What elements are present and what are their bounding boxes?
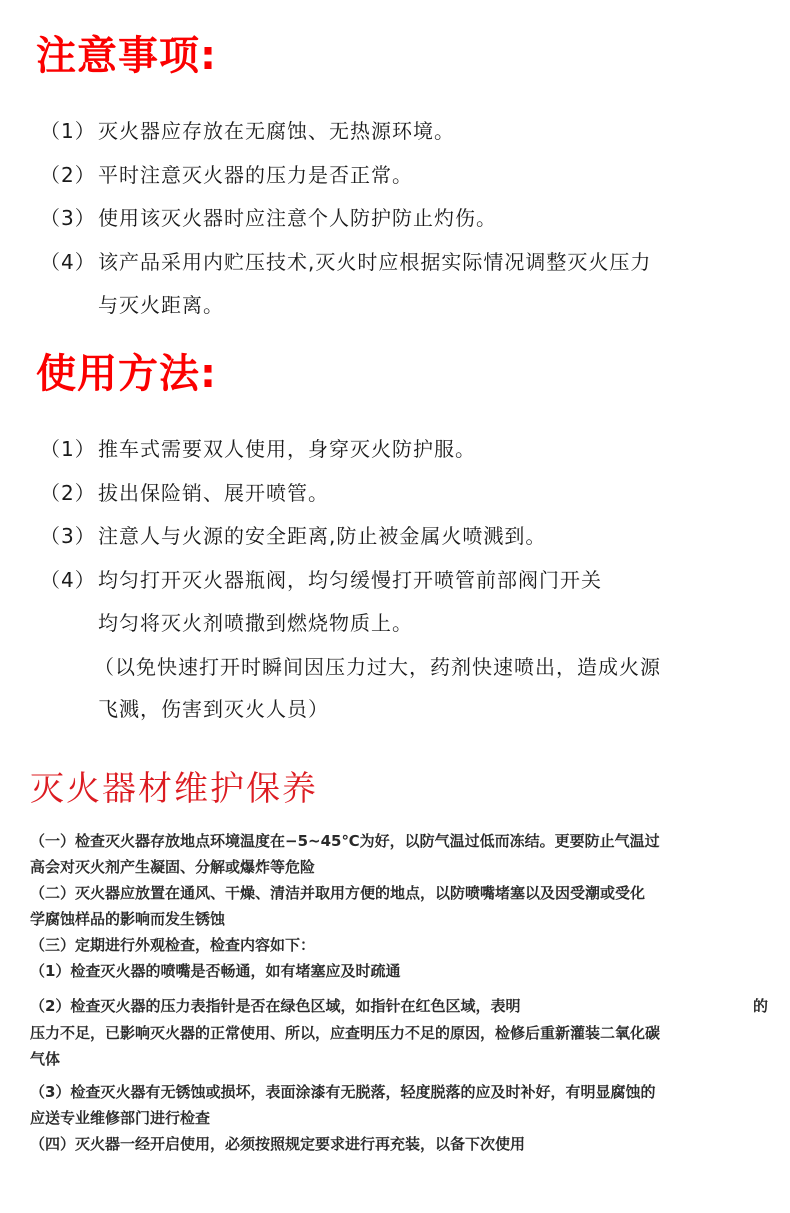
item-text: 均匀打开灭火器瓶阀，均匀缓慢打开喷管前部阀门开关 [98, 568, 602, 592]
usage-item-4-note-continued: 飞溅，伤害到灭火人员） [98, 699, 329, 719]
usage-item-3: （3）注意人与火源的安全距离,防止被金属火喷溅到。 [40, 526, 546, 546]
maintenance-line: 学腐蚀样品的影响而发生锈蚀 [30, 912, 225, 927]
maintenance-line: （2）检查灭火器的压力表指针是否在绿色区域，如指针在红色区域，表明 [30, 999, 520, 1014]
usage-item-4-note: （以免快速打开时瞬间因压力过大，药剂快速喷出，造成火源 [94, 657, 661, 677]
maintenance-line: （二）灭火器应放置在通风、干燥、清洁并取用方便的地点，以防喷嘴堵塞以及因受潮或受… [30, 886, 645, 901]
item-text: 拔出保险销、展开喷管。 [98, 481, 329, 505]
maintenance-line-fragment: 的 [753, 999, 768, 1014]
item-number: （2） [40, 165, 98, 185]
item-text: 使用该灭火器时应注意个人防护防止灼伤。 [98, 206, 497, 230]
usage-item-1: （1）推车式需要双人使用，身穿灭火防护服。 [40, 439, 476, 459]
maintenance-line: 压力不足，已影响灭火器的正常使用、所以，应查明压力不足的原因，检修后重新灌装二氧… [30, 1026, 660, 1041]
usage-item-4-continued-1: 均匀将灭火剂喷撒到燃烧物质上。 [98, 613, 413, 633]
item-text: 灭火器应存放在无腐蚀、无热源环境。 [98, 119, 455, 143]
item-number: （1） [40, 121, 98, 141]
item-number: （4） [40, 570, 98, 590]
maintenance-line: 高会对灭火剂产生凝固、分解或爆炸等危险 [30, 860, 315, 875]
maintenance-line: 应送专业维修部门进行检查 [30, 1111, 210, 1126]
precaution-item-4: （4）该产品采用内贮压技术,灭火时应根据实际情况调整灭火压力 [40, 252, 651, 272]
item-text: 推车式需要双人使用，身穿灭火防护服。 [98, 437, 476, 461]
usage-item-4: （4）均匀打开灭火器瓶阀，均匀缓慢打开喷管前部阀门开关 [40, 570, 602, 590]
item-text: 注意人与火源的安全距离,防止被金属火喷溅到。 [98, 524, 546, 548]
section-title-maintenance: 灭火器材维护保养 [30, 772, 318, 806]
item-number: （1） [40, 439, 98, 459]
maintenance-line: 气体 [30, 1052, 60, 1067]
item-number: （3） [40, 208, 98, 228]
item-text: 该产品采用内贮压技术,灭火时应根据实际情况调整灭火压力 [98, 250, 651, 274]
precaution-item-4-continued: 与灭火距离。 [98, 295, 224, 315]
usage-item-2: （2）拔出保险销、展开喷管。 [40, 483, 329, 503]
section-title-usage: 使用方法: [36, 354, 217, 394]
precaution-item-2: （2）平时注意灭火器的压力是否正常。 [40, 165, 413, 185]
item-text: 平时注意灭火器的压力是否正常。 [98, 163, 413, 187]
precaution-item-1: （1）灭火器应存放在无腐蚀、无热源环境。 [40, 121, 455, 141]
maintenance-line: （一）检查灭火器存放地点环境温度在−5~45℃为好，以防气温过低而冻结。更要防止… [30, 834, 660, 849]
maintenance-line: （三）定期进行外观检查，检查内容如下： [30, 938, 315, 953]
item-number: （3） [40, 526, 98, 546]
maintenance-line: （3）检查灭火器有无锈蚀或损坏，表面涂漆有无脱落，轻度脱落的应及时补好，有明显腐… [30, 1085, 655, 1100]
precaution-item-3: （3）使用该灭火器时应注意个人防护防止灼伤。 [40, 208, 497, 228]
item-number: （4） [40, 252, 98, 272]
item-number: （2） [40, 483, 98, 503]
section-title-precautions: 注意事项: [36, 36, 217, 76]
maintenance-line: （1）检查灭火器的喷嘴是否畅通，如有堵塞应及时疏通 [30, 964, 400, 979]
maintenance-line: （四）灭火器一经开启使用，必须按照规定要求进行再充装，以备下次使用 [30, 1137, 525, 1152]
